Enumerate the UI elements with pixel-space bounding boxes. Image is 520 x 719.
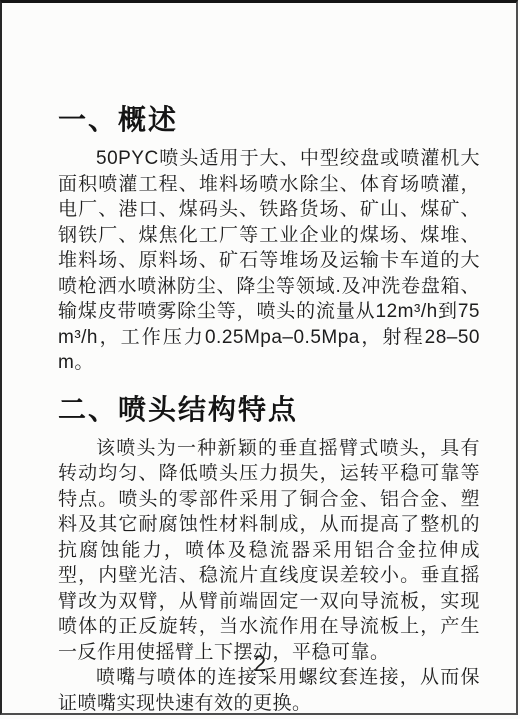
section-2-paragraph-1: 该喷头为一种新颖的垂直摇臂式喷头，具有转动均匀、降低喷头压力损失，运转平稳可靠等… bbox=[58, 436, 480, 666]
section-2-heading: 二、喷头结构特点 bbox=[58, 392, 480, 428]
document-page: 一、概述 50PYC喷头适用于大、中型绞盘或喷灌机大面积喷灌工程、堆料场喷水除尘… bbox=[0, 0, 520, 719]
section-overview: 一、概述 50PYC喷头适用于大、中型绞盘或喷灌机大面积喷灌工程、堆料场喷水除尘… bbox=[58, 102, 480, 376]
section-1-paragraph: 50PYC喷头适用于大、中型绞盘或喷灌机大面积喷灌工程、堆料场喷水除尘、体育场喷… bbox=[58, 146, 480, 376]
page-content: 一、概述 50PYC喷头适用于大、中型绞盘或喷灌机大面积喷灌工程、堆料场喷水除尘… bbox=[58, 102, 480, 716]
section-1-heading: 一、概述 bbox=[58, 102, 480, 138]
page-number: 2 bbox=[0, 651, 520, 677]
